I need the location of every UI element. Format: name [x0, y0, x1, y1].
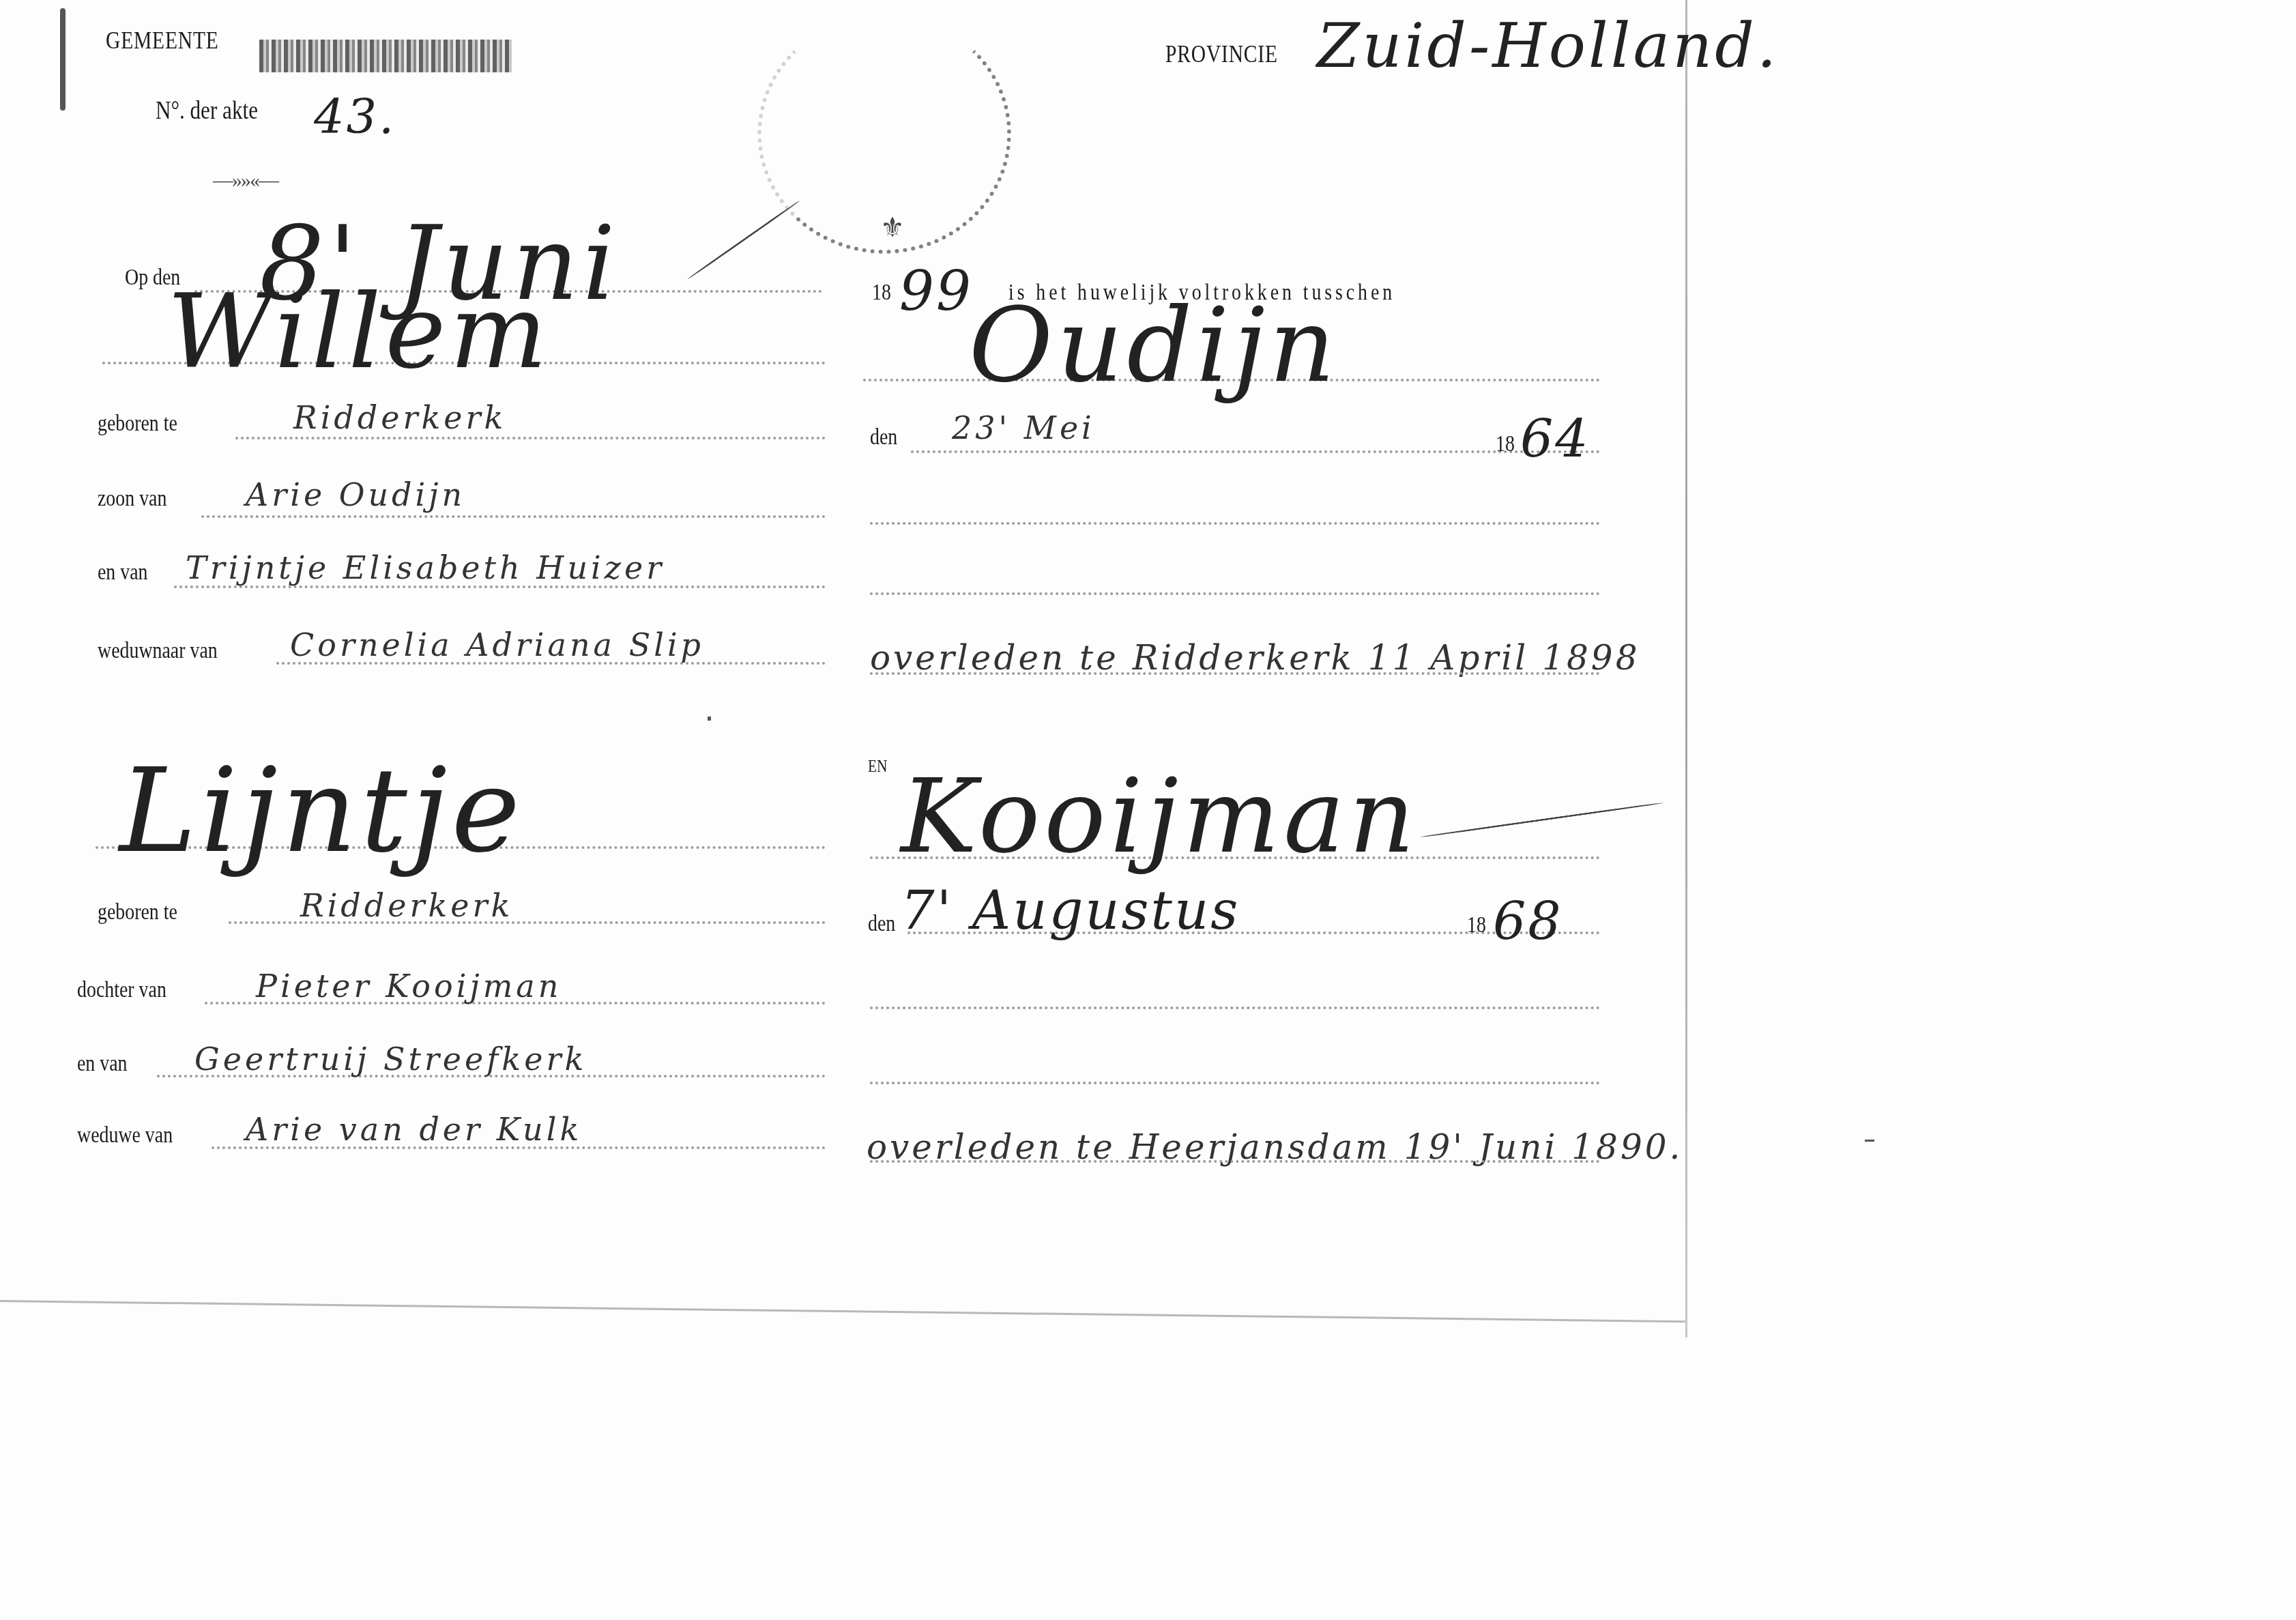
bride-born-date: 7' Augustus: [901, 880, 1240, 942]
bride-den-label: den: [868, 911, 895, 937]
ink-speck: [708, 717, 711, 721]
dotted-line: [870, 672, 1600, 675]
bride-surname: Kooijman: [901, 757, 1419, 876]
ornament-divider-icon: —»»«—: [213, 169, 278, 192]
page-edge-bottom: [0, 1300, 1685, 1322]
fleur-de-lis-icon: ⚜: [880, 212, 905, 244]
groom-born-label: geboren te: [98, 411, 177, 437]
akte-number-label: N°. der akte: [156, 96, 258, 126]
groom-year-prefix: 18: [1496, 431, 1515, 457]
groom-father: Arie Oudijn: [246, 476, 465, 513]
bride-daughter-label: dochter van: [77, 977, 166, 1003]
groom-widower-label: weduwnaar van: [98, 638, 218, 664]
marriage-certificate: GEMEENTE N°. der akte 43. —»»«— ⚜ PROVIN…: [0, 0, 1689, 1337]
page-edge-right: [1685, 0, 1687, 1337]
provincie-value: Zuid-Holland.: [1317, 10, 1779, 82]
groom-son-label: zoon van: [98, 486, 166, 512]
dotted-line: [235, 437, 826, 439]
provincie-label: PROVINCIE: [1165, 40, 1278, 68]
bride-father: Pieter Kooijman: [256, 968, 562, 1004]
dotted-line: [870, 1007, 1600, 1009]
year-prefix: 18: [872, 280, 891, 306]
akte-number-value: 43.: [314, 89, 396, 145]
bride-born-year: 68: [1493, 891, 1563, 951]
bride-born-place: Ridderkerk: [300, 887, 513, 924]
groom-born-year: 64: [1520, 408, 1590, 469]
dotted-line: [870, 522, 1600, 525]
gemeente-label: GEMEENTE: [106, 26, 219, 55]
bride-former-spouse: Arie van der Kulk: [246, 1111, 582, 1148]
groom-and-label: en van: [98, 560, 148, 585]
dotted-line: [201, 515, 826, 518]
flourish-stroke: [687, 200, 800, 280]
groom-born-place: Ridderkerk: [293, 399, 506, 436]
ink-speck: [1865, 1140, 1874, 1142]
dotted-line: [870, 1160, 1600, 1163]
groom-mother: Trijntje Elisabeth Huizer: [186, 549, 665, 586]
bride-year-prefix: 18: [1467, 912, 1486, 938]
conjunction-en: EN: [868, 756, 887, 777]
groom-first-name: Willem: [167, 273, 551, 392]
bride-born-label: geboren te: [98, 899, 177, 925]
bride-mother: Geertruij Streefkerk: [194, 1041, 587, 1077]
groom-former-spouse: Cornelia Adriana Slip: [290, 626, 704, 663]
bride-first-name: Lijntje: [119, 744, 524, 879]
dotted-line: [870, 1082, 1600, 1084]
binding-mark: [60, 8, 66, 111]
bride-widow-label: weduwe van: [77, 1123, 173, 1148]
marriage-year: 99: [899, 259, 973, 323]
flourish-stroke: [1421, 802, 1664, 838]
groom-den-label: den: [870, 424, 897, 450]
gemeente-stamp: [259, 40, 512, 72]
groom-born-date: 23' Mei: [952, 409, 1095, 446]
groom-surname: Oudijn: [969, 287, 1339, 405]
dotted-line: [870, 592, 1600, 595]
bride-and-label: en van: [77, 1051, 128, 1077]
